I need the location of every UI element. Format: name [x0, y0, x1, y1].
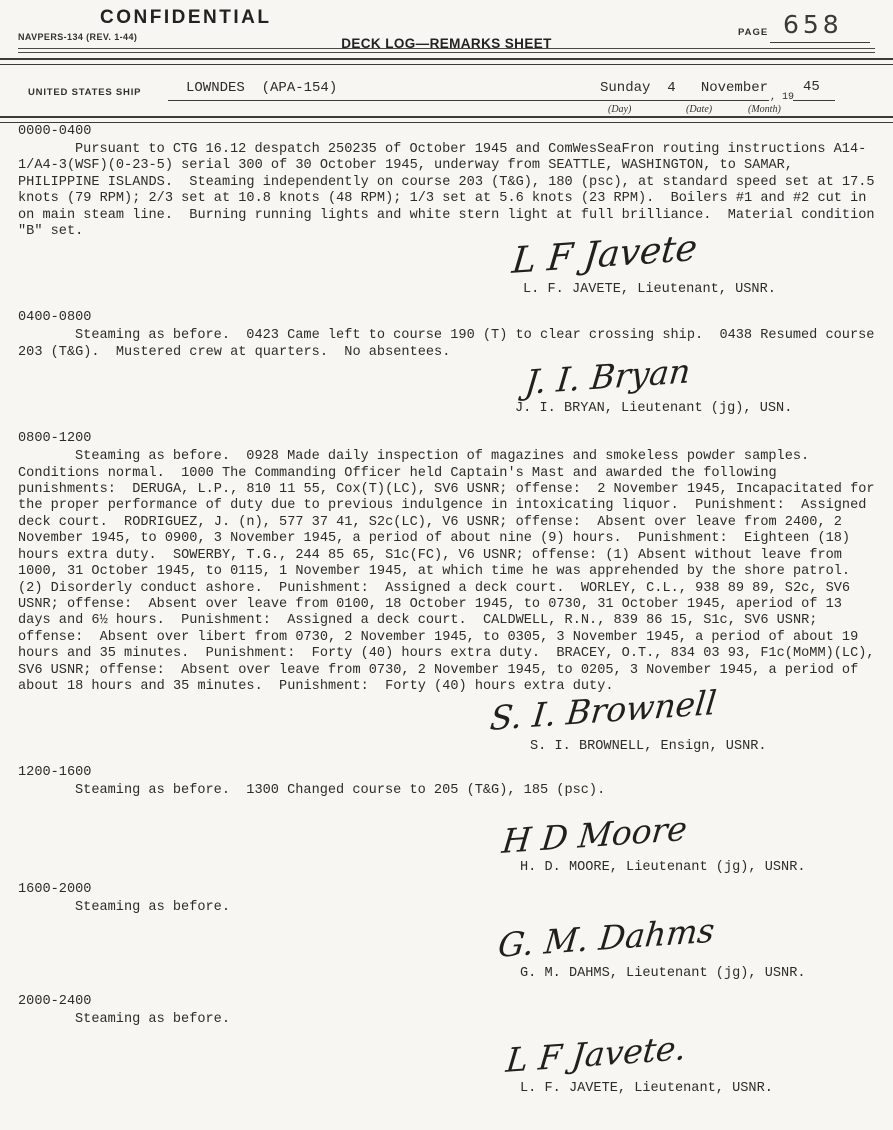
date-caption: (Date)	[686, 104, 712, 115]
handwritten-signature: H D Moore	[500, 793, 879, 864]
signature-typed-name: J. I. BRYAN, Lieutenant (jg), USN.	[515, 401, 875, 417]
signature-block: G. M. Dahms G. M. DAHMS, Lieutenant (jg)…	[18, 924, 875, 982]
year-value: 45	[803, 79, 820, 95]
page-label: PAGE	[738, 27, 768, 38]
date-value: Sunday 4 November	[600, 80, 768, 96]
classification-stamp: CONFIDENTIAL	[100, 7, 271, 29]
day-caption: (Day)	[608, 104, 631, 115]
ship-name: LOWNDES (APA-154)	[186, 80, 337, 96]
log-entry-2000-2400: 2000-2400 Steaming as before. L F Javete…	[18, 994, 875, 1096]
signature-typed-name: H. D. MOORE, Lieutenant (jg), USNR.	[520, 860, 875, 876]
signature-block: S. I. Brownell S. I. BROWNELL, Ensign, U…	[18, 697, 875, 755]
form-header: CONFIDENTIAL NAVPERS-134 (REV. 1-44) DEC…	[0, 0, 893, 120]
signature-block: J. I. Bryan J. I. BRYAN, Lieutenant (jg)…	[18, 361, 875, 417]
watch-period-label: 0000-0400	[18, 124, 875, 140]
header-rule-top	[18, 48, 875, 53]
deck-log-remarks-sheet: CONFIDENTIAL NAVPERS-134 (REV. 1-44) DEC…	[0, 0, 893, 1130]
remarks-text: Steaming as before. 1300 Changed course …	[18, 783, 875, 799]
watch-period-label: 1200-1600	[18, 765, 875, 781]
watch-period-label: 2000-2400	[18, 994, 875, 1010]
watch-period-label: 0800-1200	[18, 431, 875, 447]
date-underline	[597, 100, 769, 101]
signature-block: H D Moore H. D. MOORE, Lieutenant (jg), …	[18, 820, 875, 876]
log-entry-0400-0800: 0400-0800 Steaming as before. 0423 Came …	[18, 310, 875, 417]
log-entry-1200-1600: 1200-1600 Steaming as before. 1300 Chang…	[18, 765, 875, 875]
signature-typed-name: S. I. BROWNELL, Ensign, USNR.	[530, 739, 875, 755]
signature-typed-name: L. F. JAVETE, Lieutenant, USNR.	[520, 1081, 875, 1097]
watch-period-label: 0400-0800	[18, 310, 875, 326]
signature-typed-name: L. F. JAVETE, Lieutenant, USNR.	[523, 282, 875, 298]
signature-block: L F Javete L. F. JAVETE, Lieutenant, USN…	[18, 240, 875, 298]
ship-label: UNITED STATES SHIP	[28, 87, 141, 98]
signature-typed-name: G. M. DAHMS, Lieutenant (jg), USNR.	[520, 966, 875, 982]
month-caption: (Month)	[748, 104, 781, 115]
log-entry-0000-0400: 0000-0400 Pursuant to CTG 16.12 despatch…	[18, 124, 875, 298]
watch-period-label: 1600-2000	[18, 882, 875, 898]
page-number-underline	[770, 42, 870, 43]
page-number: 658	[783, 10, 843, 39]
remarks-text: Steaming as before. 0928 Made daily insp…	[18, 449, 875, 695]
log-entries: 0000-0400 Pursuant to CTG 16.12 despatch…	[18, 120, 875, 1097]
log-entry-0800-1200: 0800-1200 Steaming as before. 0928 Made …	[18, 431, 875, 755]
year-prefix: , 19	[770, 92, 794, 103]
year-underline	[793, 100, 835, 101]
signature-block: L F Javete. L. F. JAVETE, Lieutenant, US…	[18, 1039, 875, 1097]
header-rule-middle	[0, 58, 893, 65]
log-entry-1600-2000: 1600-2000 Steaming as before. G. M. Dahm…	[18, 882, 875, 982]
